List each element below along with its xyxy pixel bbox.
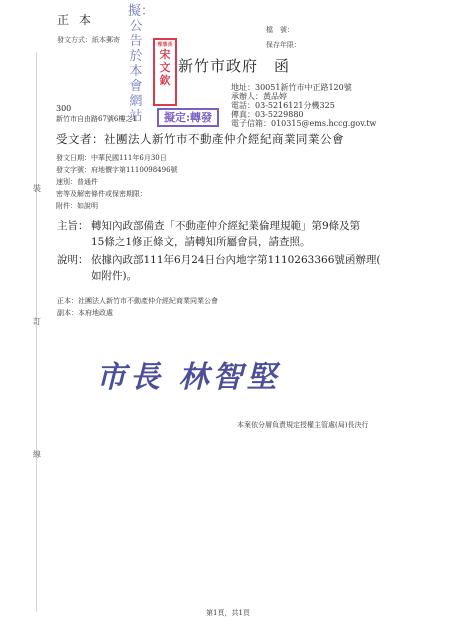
copy-recipient: 副本：本府地政處 [57,308,113,318]
subject-line-1: 轉知內政部備查「不動產仲介經紀業倫理規範」第9條及第 [91,220,360,232]
delegation-note: 本案依分層負責規定授權主管處(局)長決行 [237,420,368,430]
mayor-signature-stamp: 市長 林智堅 [96,352,280,396]
binding-line [36,52,37,612]
explanation-label: 說明： [57,252,91,268]
contact-address: 地址：30051新竹市中正路120號 [231,83,376,92]
binding-mark-zhuang: 裝 [33,183,41,194]
document-number: 發文字號：府地價字第1110098496號 [56,165,178,175]
binding-mark-xian: 線 [33,449,41,460]
contact-phone: 電話：03-5216121分機325 [231,101,376,110]
attachment: 附件：如說明 [56,201,98,211]
page-number: 第1頁，共1頁 [206,608,250,618]
file-number-label: 檔 號： [266,25,294,35]
contact-handler: 承辦人：黃品婷 [231,92,376,101]
recipient-address: 新竹市自由路67號6樓之1 [56,114,137,124]
explanation-line-2: 如附件)。 [57,268,380,284]
recipient: 受文者：社團法人新竹市不動產仲介經紀商業同業公會 [56,131,344,147]
explanation-section: 說明：依據內政部111年6月24日台內地字第1110263366號函辦理( 如附… [57,252,380,284]
explanation-line-1: 依據內政部111年6月24日台內地字第1110263366號函辦理( [91,254,380,266]
original-recipient: 正本：社團法人新竹市不動產仲介經紀商業同業公會 [57,296,218,306]
copy-label: 正本 [57,11,101,28]
contact-block: 地址：30051新竹市中正路120號 承辦人：黃品婷 電話：03-5216121… [231,83,376,128]
retention-period-label: 保存年限： [266,40,301,50]
secrecy-level: 密等及解密條件或保密期限： [56,189,147,199]
contact-fax: 傳真：03-5229880 [231,110,376,119]
chairman-seal: 理事長 宋文欽 [153,38,177,106]
document-title: 新竹市政府 函 [178,55,290,76]
subject-line-2: 15條之1修正條文，請轉知所屬會員，請查照。 [57,234,360,250]
contact-email: 電子信箱：010315@ems.hccg.gov.tw [231,119,376,128]
subject-label: 主旨： [57,218,91,234]
issue-date: 發文日期：中華民國111年6月30日 [56,153,167,163]
handwritten-note-stamp: 擬：公告於本會網站 [128,4,144,124]
delivery-speed: 速別：普通件 [56,177,98,187]
chairman-name: 宋文欽 [155,48,175,87]
binding-mark-ding: 訂 [33,316,41,327]
subject-section: 主旨：轉知內政部備查「不動產仲介經紀業倫理規範」第9條及第 15條之1修正條文，… [57,218,360,250]
recipient-zip: 300 [56,104,71,113]
proposal-stamp: 擬定:轉發 [157,108,219,127]
send-method: 發文方式：紙本郵寄 [57,35,120,45]
